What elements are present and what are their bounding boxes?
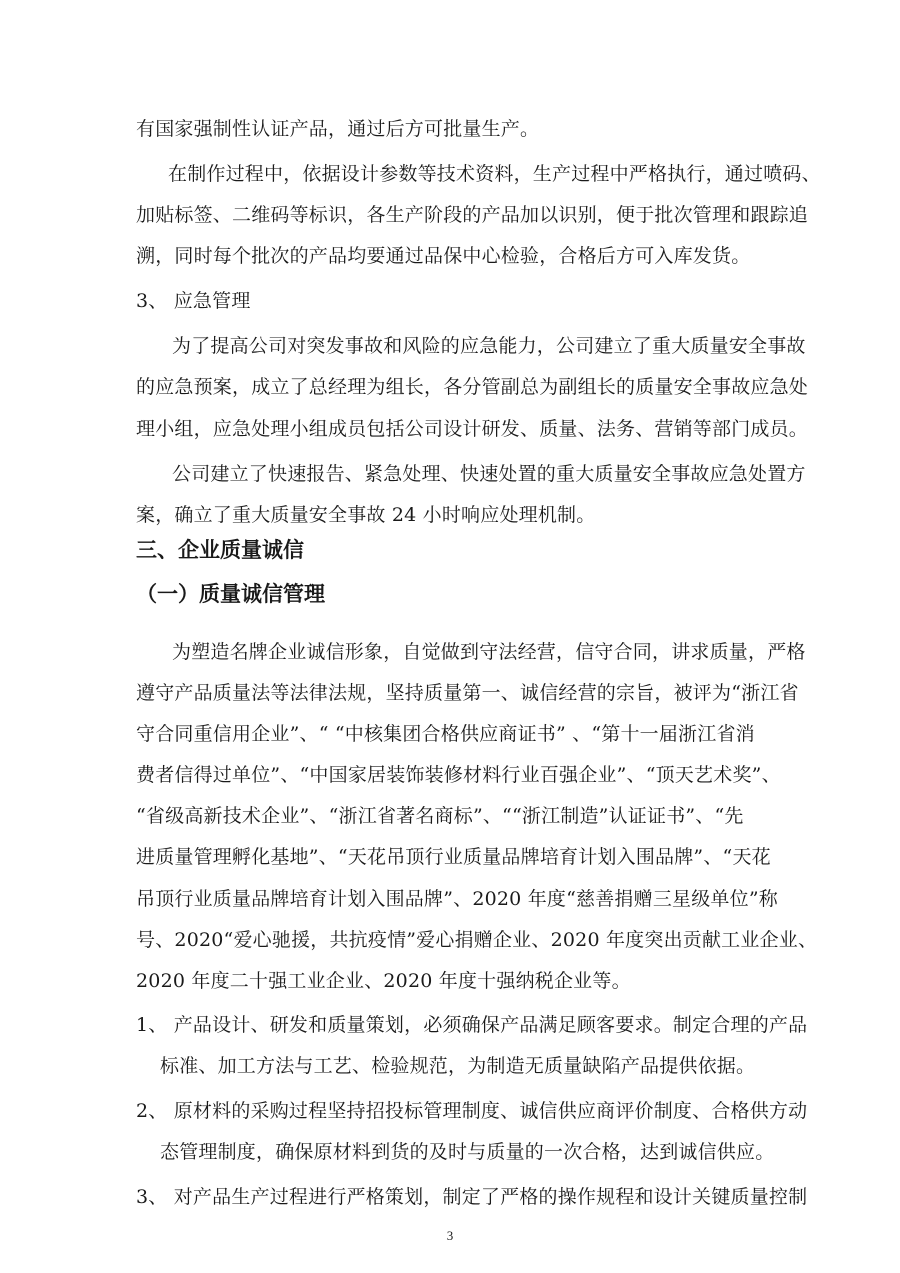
paragraph-line: 为塑造名牌企业诚信形象，自觉做到守法经营，信守合同，讲求质量，严格 bbox=[172, 640, 806, 664]
paragraph-line: 号、2020“爱心驰援，共抗疫情”爱心捐赠企业、2020 年度突出贡献工业企业、 bbox=[136, 928, 817, 952]
paragraph-line: 理小组，应急处理小组成员包括公司设计研发、质量、法务、营销等部门成员。 bbox=[136, 417, 808, 441]
subsection-heading: （一）质量诚信管理 bbox=[136, 580, 325, 608]
list-item-2: 2、 原材料的采购过程坚持招投标管理制度、诚信供应商评价制度、合格供方动 bbox=[136, 1099, 807, 1123]
paragraph-line: 溯，同时每个批次的产品均要通过品保中心检验，合格后方可入库发货。 bbox=[136, 244, 750, 268]
subsection-title: 3、 应急管理 bbox=[136, 289, 251, 313]
paragraph-line: 为了提高公司对突发事故和风险的应急能力，公司建立了重大质量安全事故 bbox=[172, 334, 806, 358]
page-number: 3 bbox=[0, 1228, 900, 1244]
paragraph-line: 公司建立了快速报告、紧急处理、快速处置的重大质量安全事故应急处置方 bbox=[172, 462, 806, 486]
list-item-1-continued: 标准、加工方法与工艺、检验规范，为制造无质量缺陷产品提供依据。 bbox=[160, 1054, 755, 1078]
paragraph-line: 吊顶行业质量品牌培育计划入围品牌”、2020 年度“慈善捐赠三星级单位”称 bbox=[136, 887, 778, 911]
paragraph-line: 遵守产品质量法等法律法规，坚持质量第一、诚信经营的宗旨，被评为“浙江省 bbox=[136, 681, 799, 705]
paragraph-line: 加贴标签、二维码等标识，各生产阶段的产品加以识别，便于批次管理和跟踪追 bbox=[136, 203, 808, 227]
paragraph-line: 费者信得过单位”、“中国家居装饰装修材料行业百强企业”、“顶天艺术奖”、 bbox=[136, 763, 781, 787]
paragraph-line: 有国家强制性认证产品，通过后方可批量生产。 bbox=[136, 117, 539, 141]
list-item-2-continued: 态管理制度，确保原材料到货的及时与质量的一次合格，达到诚信供应。 bbox=[160, 1140, 774, 1164]
paragraph-line: 案，确立了重大质量安全事故 24 小时响应处理机制。 bbox=[136, 503, 595, 527]
paragraph-line: 在制作过程中，依据设计参数等技术资料，生产过程中严格执行，通过喷码、 bbox=[168, 162, 821, 186]
list-item-3: 3、 对产品生产过程进行严格策划，制定了严格的操作规程和设计关键质量控制 bbox=[136, 1185, 807, 1209]
paragraph-line: 守合同重信用企业”、“ “中核集团合格供应商证书” 、“第十一届浙江省消 bbox=[136, 722, 755, 746]
list-item-1: 1、 产品设计、研发和质量策划，必须确保产品满足顾客要求。制定合理的产品 bbox=[136, 1013, 807, 1037]
paragraph-line: “省级高新技术企业”、“浙江省著名商标”、““浙江制造”认证证书”、“先 bbox=[136, 804, 744, 828]
section-heading: 三、企业质量诚信 bbox=[136, 536, 304, 564]
paragraph-line: 进质量管理孵化基地”、“天花吊顶行业质量品牌培育计划入围品牌”、“天花 bbox=[136, 845, 771, 869]
paragraph-line: 2020 年度二十强工业企业、2020 年度十强纳税企业等。 bbox=[136, 969, 631, 993]
paragraph-line: 的应急预案，成立了总经理为组长，各分管副总为副组长的质量安全事故应急处 bbox=[136, 375, 808, 399]
